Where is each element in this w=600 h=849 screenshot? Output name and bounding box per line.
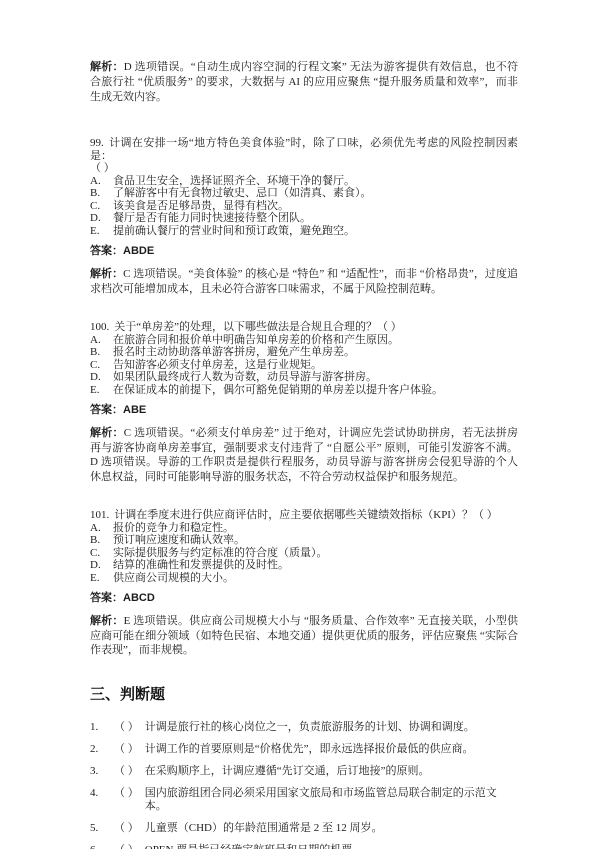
option-letter: B. <box>90 187 113 200</box>
item-number: 4. <box>90 787 114 813</box>
option-text: 提前确认餐厅的营业时间和预订政策，避免跑空。 <box>113 225 518 238</box>
answer-value: ABE <box>123 404 146 416</box>
analysis-paragraph: 解析：D 选项错误。“自动生成内容空洞的行程文案” 无法为游客提供有效信息，也不… <box>90 60 518 105</box>
question-number: 101. <box>90 509 109 521</box>
option-letter: E. <box>90 384 113 397</box>
item-paren: （ ） <box>114 721 139 734</box>
analysis-text: E 选项错误。供应商公司规模大小与 “服务质量、合作效率” 无直接关联，小型供应… <box>90 615 518 656</box>
question-stem: 101.计调在季度末进行供应商评估时，应主要依据哪些关键绩效指标（KPI）？（ … <box>90 509 518 522</box>
item-text: 儿童票（CHD）的年龄范围通常是 2 至 12 周岁。 <box>145 822 518 835</box>
item-text: 计调工作的首要原则是“价格优先”，即永远选择报价最低的供应商。 <box>145 743 518 756</box>
option-letter: E. <box>90 572 113 585</box>
item-text: 计调是旅行社的核心岗位之一，负责旅游服务的计划、协调和调度。 <box>145 721 518 734</box>
item-paren: （ ） <box>114 844 139 849</box>
judgment-item: 1.（ ）计调是旅行社的核心岗位之一，负责旅游服务的计划、协调和调度。 <box>90 721 518 734</box>
option-letter: D. <box>90 371 113 384</box>
option-letter: D. <box>90 212 113 225</box>
analysis-label: 解析： <box>90 427 124 439</box>
option-letter: A. <box>90 334 113 347</box>
item-text: OPEN 票是指已经确定航班号和日期的机票。 <box>145 844 518 849</box>
option-text: 了解游客中有无食物过敏史、忌口（如清真、素食）。 <box>113 187 518 200</box>
option-text: 报名时主动协助落单游客拼房，避免产生单房差。 <box>113 346 518 359</box>
item-number: 1. <box>90 721 114 734</box>
option-row: D.餐厅是否有能力同时快速接待整个团队。 <box>90 212 518 225</box>
option-row: B.预订响应速度和确认效率。 <box>90 534 518 547</box>
analysis-paragraph: 解析：E 选项错误。供应商公司规模大小与 “服务质量、合作效率” 无直接关联，小… <box>90 614 518 658</box>
question-block-101: 101.计调在季度末进行供应商评估时，应主要依据哪些关键绩效指标（KPI）？（ … <box>90 509 518 658</box>
option-text: 实际提供服务与约定标准的符合度（质量）。 <box>113 547 518 560</box>
option-text: 食品卫生安全，选择证照齐全、环境干净的餐厅。 <box>113 175 518 188</box>
option-row: B.了解游客中有无食物过敏史、忌口（如清真、素食）。 <box>90 187 518 200</box>
option-row: C.告知游客必须支付单房差，这是行业规矩。 <box>90 359 518 372</box>
judgment-item: 2.（ ）计调工作的首要原则是“价格优先”，即永远选择报价最低的供应商。 <box>90 743 518 756</box>
option-row: B.报名时主动协助落单游客拼房，避免产生单房差。 <box>90 346 518 359</box>
option-letter: D. <box>90 559 113 572</box>
item-text: 在采购顺序上，计调应遵循“先订交通，后订地接”的原则。 <box>145 765 518 778</box>
question-block-100: 100.关于“单房差”的处理，以下哪些做法是合规且合理的？（ ） A.在旅游合同… <box>90 321 518 484</box>
answer-label: 答案： <box>90 245 123 257</box>
item-paren: （ ） <box>114 743 139 756</box>
question-stem: 99.计调在安排一场“地方特色美食体验”时，除了口味，必须优先考虑的风险控制因素… <box>90 137 518 162</box>
option-letter: A. <box>90 522 113 535</box>
item-number: 6. <box>90 844 114 849</box>
section-heading: 三、判断题 <box>90 683 518 704</box>
option-text: 供应商公司规模的大小。 <box>113 572 518 585</box>
analysis-paragraph: 解析：C 选项错误。“必须支付单房差” 过于绝对，计调应先尝试协助拼房，若无法拼… <box>90 426 518 484</box>
option-letter: C. <box>90 547 113 560</box>
item-number: 3. <box>90 765 114 778</box>
question-stem: 100.关于“单房差”的处理，以下哪些做法是合规且合理的？（ ） <box>90 321 518 334</box>
option-text: 告知游客必须支付单房差，这是行业规矩。 <box>113 359 518 372</box>
option-row: D.如果团队最终成行人数为奇数，动员导游与游客拼房。 <box>90 371 518 384</box>
option-row: E.供应商公司规模的大小。 <box>90 572 518 585</box>
answer-value: ABDE <box>123 245 154 257</box>
option-row: A.食品卫生安全，选择证照齐全、环境干净的餐厅。 <box>90 175 518 188</box>
judgment-item: 4.（ ）国内旅游组团合同必须采用国家文旅局和市场监管总局联合制定的示范文本。 <box>90 787 518 813</box>
item-text: 国内旅游组团合同必须采用国家文旅局和市场监管总局联合制定的示范文本。 <box>145 787 518 813</box>
question-block-99: 99.计调在安排一场“地方特色美食体验”时，除了口味，必须优先考虑的风险控制因素… <box>90 137 518 296</box>
question-number: 100. <box>90 321 109 333</box>
judgment-item: 5.（ ）儿童票（CHD）的年龄范围通常是 2 至 12 周岁。 <box>90 822 518 835</box>
option-text: 报价的竞争力和稳定性。 <box>113 522 518 535</box>
option-letter: C. <box>90 200 113 213</box>
judgment-item: 3.（ ）在采购顺序上，计调应遵循“先订交通，后订地接”的原则。 <box>90 765 518 778</box>
analysis-text: C 选项错误。“必须支付单房差” 过于绝对，计调应先尝试协助拼房，若无法拼房再与… <box>90 427 518 483</box>
answer-line: 答案：ABCD <box>90 592 518 605</box>
answer-label: 答案： <box>90 404 123 416</box>
answer-line: 答案：ABE <box>90 404 518 417</box>
document-page: 解析：D 选项错误。“自动生成内容空洞的行程文案” 无法为游客提供有效信息，也不… <box>0 0 600 849</box>
item-number: 5. <box>90 822 114 835</box>
option-row: A.在旅游合同和报价单中明确告知单房差的价格和产生原因。 <box>90 334 518 347</box>
option-text: 结算的准确性和发票提供的及时性。 <box>113 559 518 572</box>
option-letter: A. <box>90 175 113 188</box>
option-row: C.该美食是否足够昂贵，显得有档次。 <box>90 200 518 213</box>
option-row: E.在保证成本的前提下，偶尔可豁免促销期的单房差以提升客户体验。 <box>90 384 518 397</box>
option-letter: E. <box>90 225 113 238</box>
option-letter: C. <box>90 359 113 372</box>
option-letter: B. <box>90 534 113 547</box>
option-row: A.报价的竞争力和稳定性。 <box>90 522 518 535</box>
item-paren: （ ） <box>114 822 139 835</box>
answer-paren: （ ） <box>90 162 518 175</box>
option-row: C.实际提供服务与约定标准的符合度（质量）。 <box>90 547 518 560</box>
answer-label: 答案： <box>90 592 123 604</box>
analysis-label: 解析： <box>90 615 124 627</box>
judgment-item: 6.（ ）OPEN 票是指已经确定航班号和日期的机票。 <box>90 844 518 849</box>
analysis-text: C 选项错误。“美食体验” 的核心是 “特色” 和 “适配性”，而非 “价格昂贵… <box>90 268 518 295</box>
answer-line: 答案：ABDE <box>90 245 518 258</box>
option-letter: B. <box>90 346 113 359</box>
item-number: 2. <box>90 743 114 756</box>
option-row: D.结算的准确性和发票提供的及时性。 <box>90 559 518 572</box>
option-text: 如果团队最终成行人数为奇数，动员导游与游客拼房。 <box>113 371 518 384</box>
question-number: 99. <box>90 137 104 149</box>
analysis-label: 解析： <box>90 268 123 280</box>
option-row: E.提前确认餐厅的营业时间和预订政策，避免跑空。 <box>90 225 518 238</box>
option-text: 预订响应速度和确认效率。 <box>113 534 518 547</box>
item-paren: （ ） <box>114 765 139 778</box>
question-text: 计调在安排一场“地方特色美食体验”时，除了口味，必须优先考虑的风险控制因素是： <box>90 137 518 162</box>
judgment-list: 1.（ ）计调是旅行社的核心岗位之一，负责旅游服务的计划、协调和调度。 2.（ … <box>90 721 518 849</box>
answer-value: ABCD <box>123 592 155 604</box>
analysis-label: 解析： <box>90 61 124 73</box>
question-text: 计调在季度末进行供应商评估时，应主要依据哪些关键绩效指标（KPI）？（ ） <box>114 509 497 521</box>
item-paren: （ ） <box>114 787 139 813</box>
analysis-paragraph: 解析：C 选项错误。“美食体验” 的核心是 “特色” 和 “适配性”，而非 “价… <box>90 267 518 296</box>
question-text: 关于“单房差”的处理，以下哪些做法是合规且合理的？（ ） <box>114 321 402 333</box>
option-text: 在保证成本的前提下，偶尔可豁免促销期的单房差以提升客户体验。 <box>113 384 518 397</box>
option-text: 在旅游合同和报价单中明确告知单房差的价格和产生原因。 <box>113 334 518 347</box>
option-text: 餐厅是否有能力同时快速接待整个团队。 <box>113 212 518 225</box>
option-text: 该美食是否足够昂贵，显得有档次。 <box>113 200 518 213</box>
analysis-text: D 选项错误。“自动生成内容空洞的行程文案” 无法为游客提供有效信息，也不符合旅… <box>90 61 518 103</box>
